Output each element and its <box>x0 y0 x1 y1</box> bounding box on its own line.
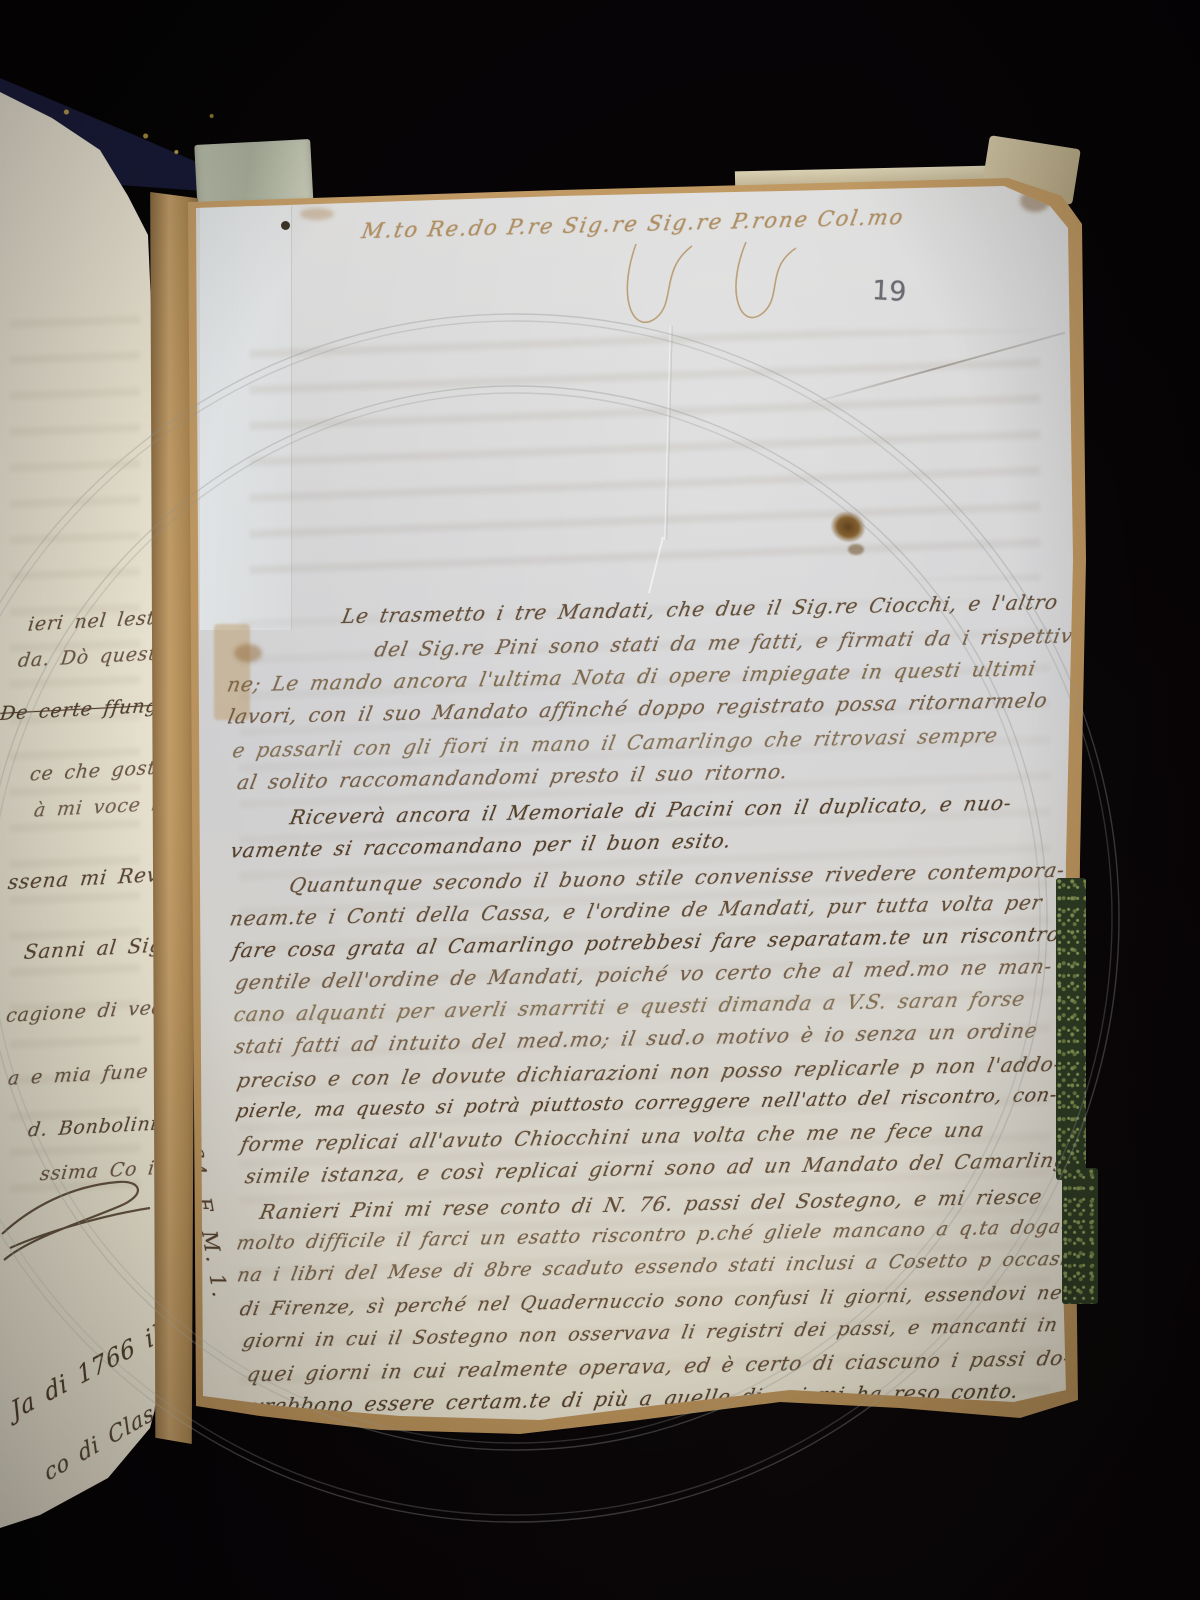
manuscript-line: molto difficile il farci un esatto risco… <box>235 1218 1070 1254</box>
manuscript-line: quei giorni in cui realmente operava, ed… <box>245 1348 1072 1385</box>
manuscript-line: del Sig.re Pini sono stati da me fatti, … <box>373 625 1082 659</box>
manuscript-line: Le trasmetto i tre Mandati, che due il S… <box>340 592 1060 626</box>
manuscript-line: cano alquanti per averli smarriti e ques… <box>232 988 1027 1024</box>
left-page-fragment: à mi voce la <box>33 794 172 820</box>
ink-showthrough <box>250 330 1040 580</box>
manuscript-line: e passarli con gli fiori in mano il Cama… <box>231 725 1000 760</box>
page-number: 19 <box>871 275 907 308</box>
marbled-cover-edge <box>1056 878 1086 1180</box>
manuscript-line: pierle, ma questo si potrà piuttosto cor… <box>234 1086 1059 1122</box>
manuscript-line: simile istanza, e così replicai giorni s… <box>244 1149 1090 1186</box>
manuscript-line: fare cosa grata al Camarlingo potrebbesi… <box>231 924 1062 961</box>
manuscript-line: forme replicai all'avuto Chiocchini una … <box>239 1119 987 1154</box>
manuscript-line: Ranieri Pini mi rese conto di N. 76. pas… <box>258 1186 1044 1222</box>
manuscript-line: preciso e con le dovute dichiarazioni no… <box>236 1054 1064 1091</box>
manuscript-line: di Firenze, sì perché nel Quadernuccio s… <box>238 1284 1071 1320</box>
manuscript-line: stati fatti ad intuito del med.mo; il su… <box>233 1020 1040 1056</box>
foxing-spot <box>300 208 334 220</box>
manuscript-line: lavori, con il suo Mandato affinché dopp… <box>226 690 1049 727</box>
manuscript-line: Quantunque secondo il buono stile conven… <box>288 860 1067 896</box>
marbled-cover-edge <box>1062 1168 1098 1304</box>
signature-flourish <box>0 1168 160 1288</box>
manuscript-photo: ieri nel lestoda. Dò questiDe certe ffun… <box>0 0 1200 1600</box>
left-page-fragment: ssena mi Rev. <box>7 864 165 892</box>
salutation-line: M.to Re.do P.re Sig.re Sig.re P.rone Col… <box>360 205 907 243</box>
manuscript-line: Riceverà ancora il Memoriale di Pacini c… <box>288 793 1013 828</box>
left-page-scribble: co di Classi <box>42 1392 174 1486</box>
left-page-fragment: d. Bonbolini <box>27 1115 159 1141</box>
manuscript-line: vamente si raccomandano per il buon esit… <box>229 830 733 860</box>
manuscript-line: al solito raccomandandomi presto il suo … <box>236 761 790 792</box>
pen-flourish <box>596 240 836 350</box>
left-page-fragment: ieri nel lesto <box>27 608 169 634</box>
manuscript-line: neam.te i Conti della Cassa, e l'ordine … <box>228 892 1044 928</box>
left-page-fragment: a e mia fune <box>7 1062 150 1089</box>
fly-spot <box>281 221 290 230</box>
ink-stain <box>848 544 864 555</box>
left-page-fragment: da. Dò questi <box>17 644 165 671</box>
manuscript-line: giorni in cui il Sostegno non osservava … <box>241 1316 1059 1351</box>
manuscript-line: na i libri del Mese di 8bre scaduto esse… <box>236 1249 1107 1285</box>
left-page-fragment: Sanni al Sig. <box>23 934 172 962</box>
manuscript-line: ne; Le mando ancora l'ultima Nota di ope… <box>226 658 1038 694</box>
manuscript-line: gentile dell'ordine de Mandati, poiché v… <box>234 956 1055 992</box>
letter-body-text: Le trasmetto i tre Mandati, che due il S… <box>224 578 1080 1425</box>
left-page-fragment: ce che gosti <box>29 758 164 784</box>
